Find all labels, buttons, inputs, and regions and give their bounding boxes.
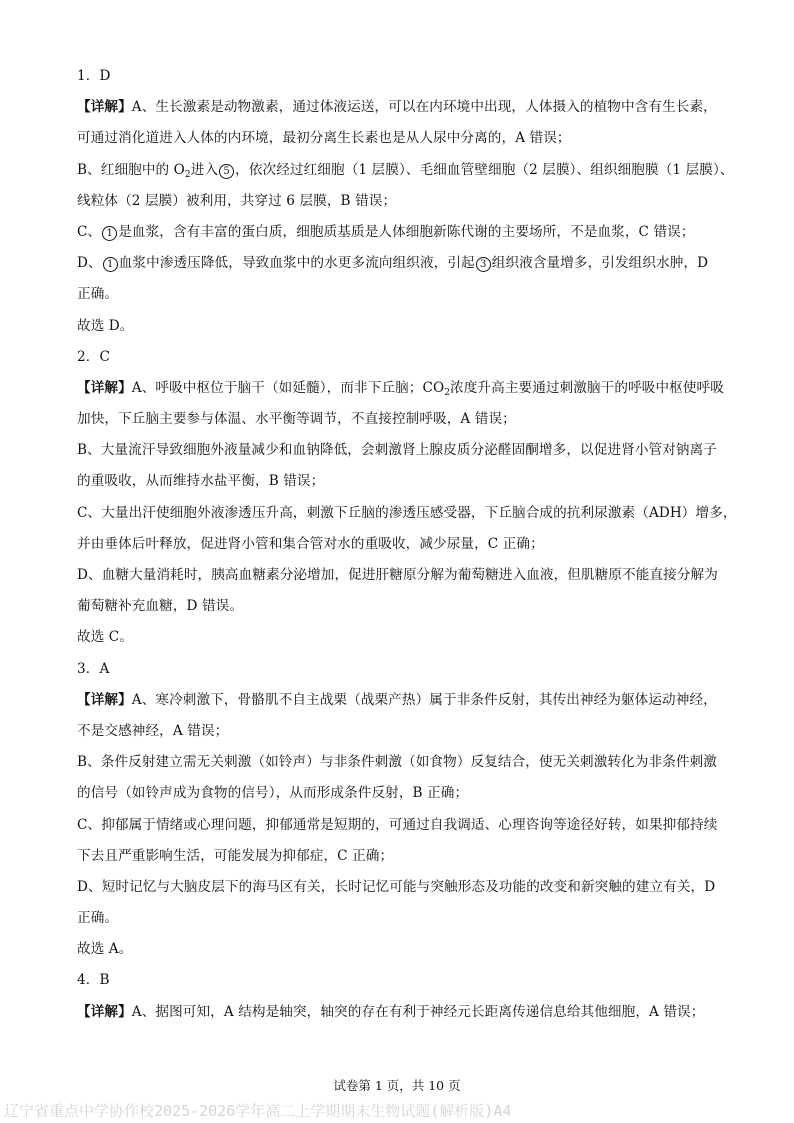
answer-3-detail-a-line-2: 不是交感神经，A 错误； xyxy=(77,720,717,751)
detail-label: 【详解】 xyxy=(77,380,132,396)
answer-2-detail-a-line-2: 加快，下丘脑主要参与体温、水平衡等调节，不直接控制呼吸，A 错误； xyxy=(77,408,717,439)
circled-number-1: 1 xyxy=(102,226,117,241)
answer-1-conclusion: 故选 D。 xyxy=(77,315,717,346)
answer-1-detail-d-line-2: 正确。 xyxy=(77,283,717,314)
answer-2-detail-d-line-1: D、血糖大量消耗时，胰高血糖素分泌增加，促进肝糖原分解为葡萄糖进入血液，但肌糖原… xyxy=(77,564,717,595)
answer-1-detail-c-line-1: C、1是血浆，含有丰富的蛋白质，细胞质基质是人体细胞新陈代谢的主要场所，不是血浆… xyxy=(77,221,717,252)
answer-2-detail-b-line-2: 的重吸收，从而维持水盐平衡，B 错误； xyxy=(77,470,717,501)
answer-1-detail-a-line-1: 【详解】A、生长激素是动物激素，通过体液运送，可以在内环境中出现，人体摄入的植物… xyxy=(77,96,717,127)
document-watermark: 辽宁省重点中学协作校2025-2026学年高二上学期期末生物试题(解析版)A4 xyxy=(4,1100,511,1121)
text-run: A、寒冷刺激下，骨骼肌不自主战栗（战栗产热）属于非条件反射，其传出神经为躯体运动… xyxy=(132,692,717,708)
text-run: C、 xyxy=(77,224,101,240)
answer-3-detail-d-line-2: 正确。 xyxy=(77,907,717,938)
answer-3-detail-b-line-1: B、条件反射建立需无关刺激（如铃声）与非条件刺激（如食物）反复结合，使无关刺激转… xyxy=(77,751,717,782)
text-run: 血浆中渗透压降低，导致血浆中的水更多流向组织液，引起 xyxy=(119,255,475,271)
answer-3-detail-a-line-1: 【详解】A、寒冷刺激下，骨骼肌不自主战栗（战栗产热）属于非条件反射，其传出神经为… xyxy=(77,689,717,720)
text-run: 浓度升高主要通过刺激脑干的呼吸中枢使呼吸 xyxy=(450,380,724,396)
text-run: 是血浆，含有丰富的蛋白质，细胞质基质是人体细胞新陈代谢的主要场所，不是血浆，C … xyxy=(118,224,694,240)
answer-number-1: 1．D xyxy=(77,65,717,96)
text-run: A、呼吸中枢位于脑干（如延髓），而非下丘脑；CO xyxy=(132,380,444,396)
answer-2-detail-b-line-1: B、大量流汗导致细胞外液量减少和血钠降低，会刺激肾上腺皮质分泌醛固酮增多，以促进… xyxy=(77,439,717,470)
answer-1-detail-a-line-2: 可通过消化道进入人体的内环境，最初分离生长素也是从人尿中分离的，A 错误； xyxy=(77,127,717,158)
detail-label: 【详解】 xyxy=(77,1004,132,1020)
answer-number-3: 3．A xyxy=(77,658,717,689)
answer-3-detail-b-line-2: 的信号（如铃声成为食物的信号），从而形成条件反射，B 正确； xyxy=(77,782,717,813)
circled-number-1: 1 xyxy=(103,257,118,272)
circled-number-5: 5 xyxy=(219,164,234,179)
answer-2-detail-d-line-2: 葡萄糖补充血糖，D 错误。 xyxy=(77,595,717,626)
text-run: 进入 xyxy=(191,162,218,178)
answer-1-detail-d-line-1: D、1血浆中渗透压降低，导致血浆中的水更多流向组织液，引起3组织液含量增多，引发… xyxy=(77,252,717,283)
answer-2-detail-c-line-2: 并由垂体后叶释放，促进肾小管和集合管对水的重吸收，减少尿量，C 正确； xyxy=(77,533,717,564)
answer-1-detail-b-line-1: B、红细胞中的 O2进入5，依次经过红细胞（1 层膜）、毛细血管壁细胞（2 层膜… xyxy=(77,159,717,190)
answer-4-detail-a-line-1: 【详解】A、据图可知，A 结构是轴突，轴突的存在有利于神经元长距离传递信息给其他… xyxy=(77,1001,717,1032)
answer-3-conclusion: 故选 A。 xyxy=(77,938,717,969)
answer-2-detail-c-line-1: C、大量出汗使细胞外液渗透压升高，刺激下丘脑的渗透压感受器，下丘脑合成的抗利尿激… xyxy=(77,502,717,533)
text-run: D、 xyxy=(77,255,102,271)
answer-3-detail-c-line-1: C、抑郁属于情绪或心理问题，抑郁通常是短期的，可通过自我调适、心理咨询等途径好转… xyxy=(77,814,717,845)
text-run: A、生长激素是动物激素，通过体液运送，可以在内环境中出现，人体摄入的植物中含有生… xyxy=(132,99,717,115)
document-page: 1．D 【详解】A、生长激素是动物激素，通过体液运送，可以在内环境中出现，人体摄… xyxy=(0,0,794,1123)
answer-3-detail-d-line-1: D、短时记忆与大脑皮层下的海马区有关，长时记忆可能与突触形态及功能的改变和新突触… xyxy=(77,876,717,907)
page-footer: 试卷第 1 页，共 10 页 xyxy=(0,1076,794,1094)
answer-number-2: 2．C xyxy=(77,346,717,377)
answer-content: 1．D 【详解】A、生长激素是动物激素，通过体液运送，可以在内环境中出现，人体摄… xyxy=(77,65,717,1032)
text-run: ，依次经过红细胞（1 层膜）、毛细血管壁细胞（2 层膜）、组织细胞膜（1 层膜）… xyxy=(235,162,733,178)
answer-3-detail-c-line-2: 下去且严重影响生活，可能发展为抑郁症，C 正确； xyxy=(77,845,717,876)
text-run: B、红细胞中的 O xyxy=(77,162,185,178)
text-run: 组织液含量增多，引发组织水肿，D xyxy=(492,255,708,271)
circled-number-3: 3 xyxy=(476,257,491,272)
detail-label: 【详解】 xyxy=(77,692,132,708)
answer-number-4: 4．B xyxy=(77,969,717,1000)
answer-1-detail-b-line-2: 线粒体（2 层膜）被利用，共穿过 6 层膜，B 错误； xyxy=(77,190,717,221)
answer-2-detail-a-line-1: 【详解】A、呼吸中枢位于脑干（如延髓），而非下丘脑；CO2浓度升高主要通过刺激脑… xyxy=(77,377,717,408)
answer-2-conclusion: 故选 C。 xyxy=(77,626,717,657)
detail-label: 【详解】 xyxy=(77,99,132,115)
text-run: A、据图可知，A 结构是轴突，轴突的存在有利于神经元长距离传递信息给其他细胞，A… xyxy=(132,1004,705,1020)
